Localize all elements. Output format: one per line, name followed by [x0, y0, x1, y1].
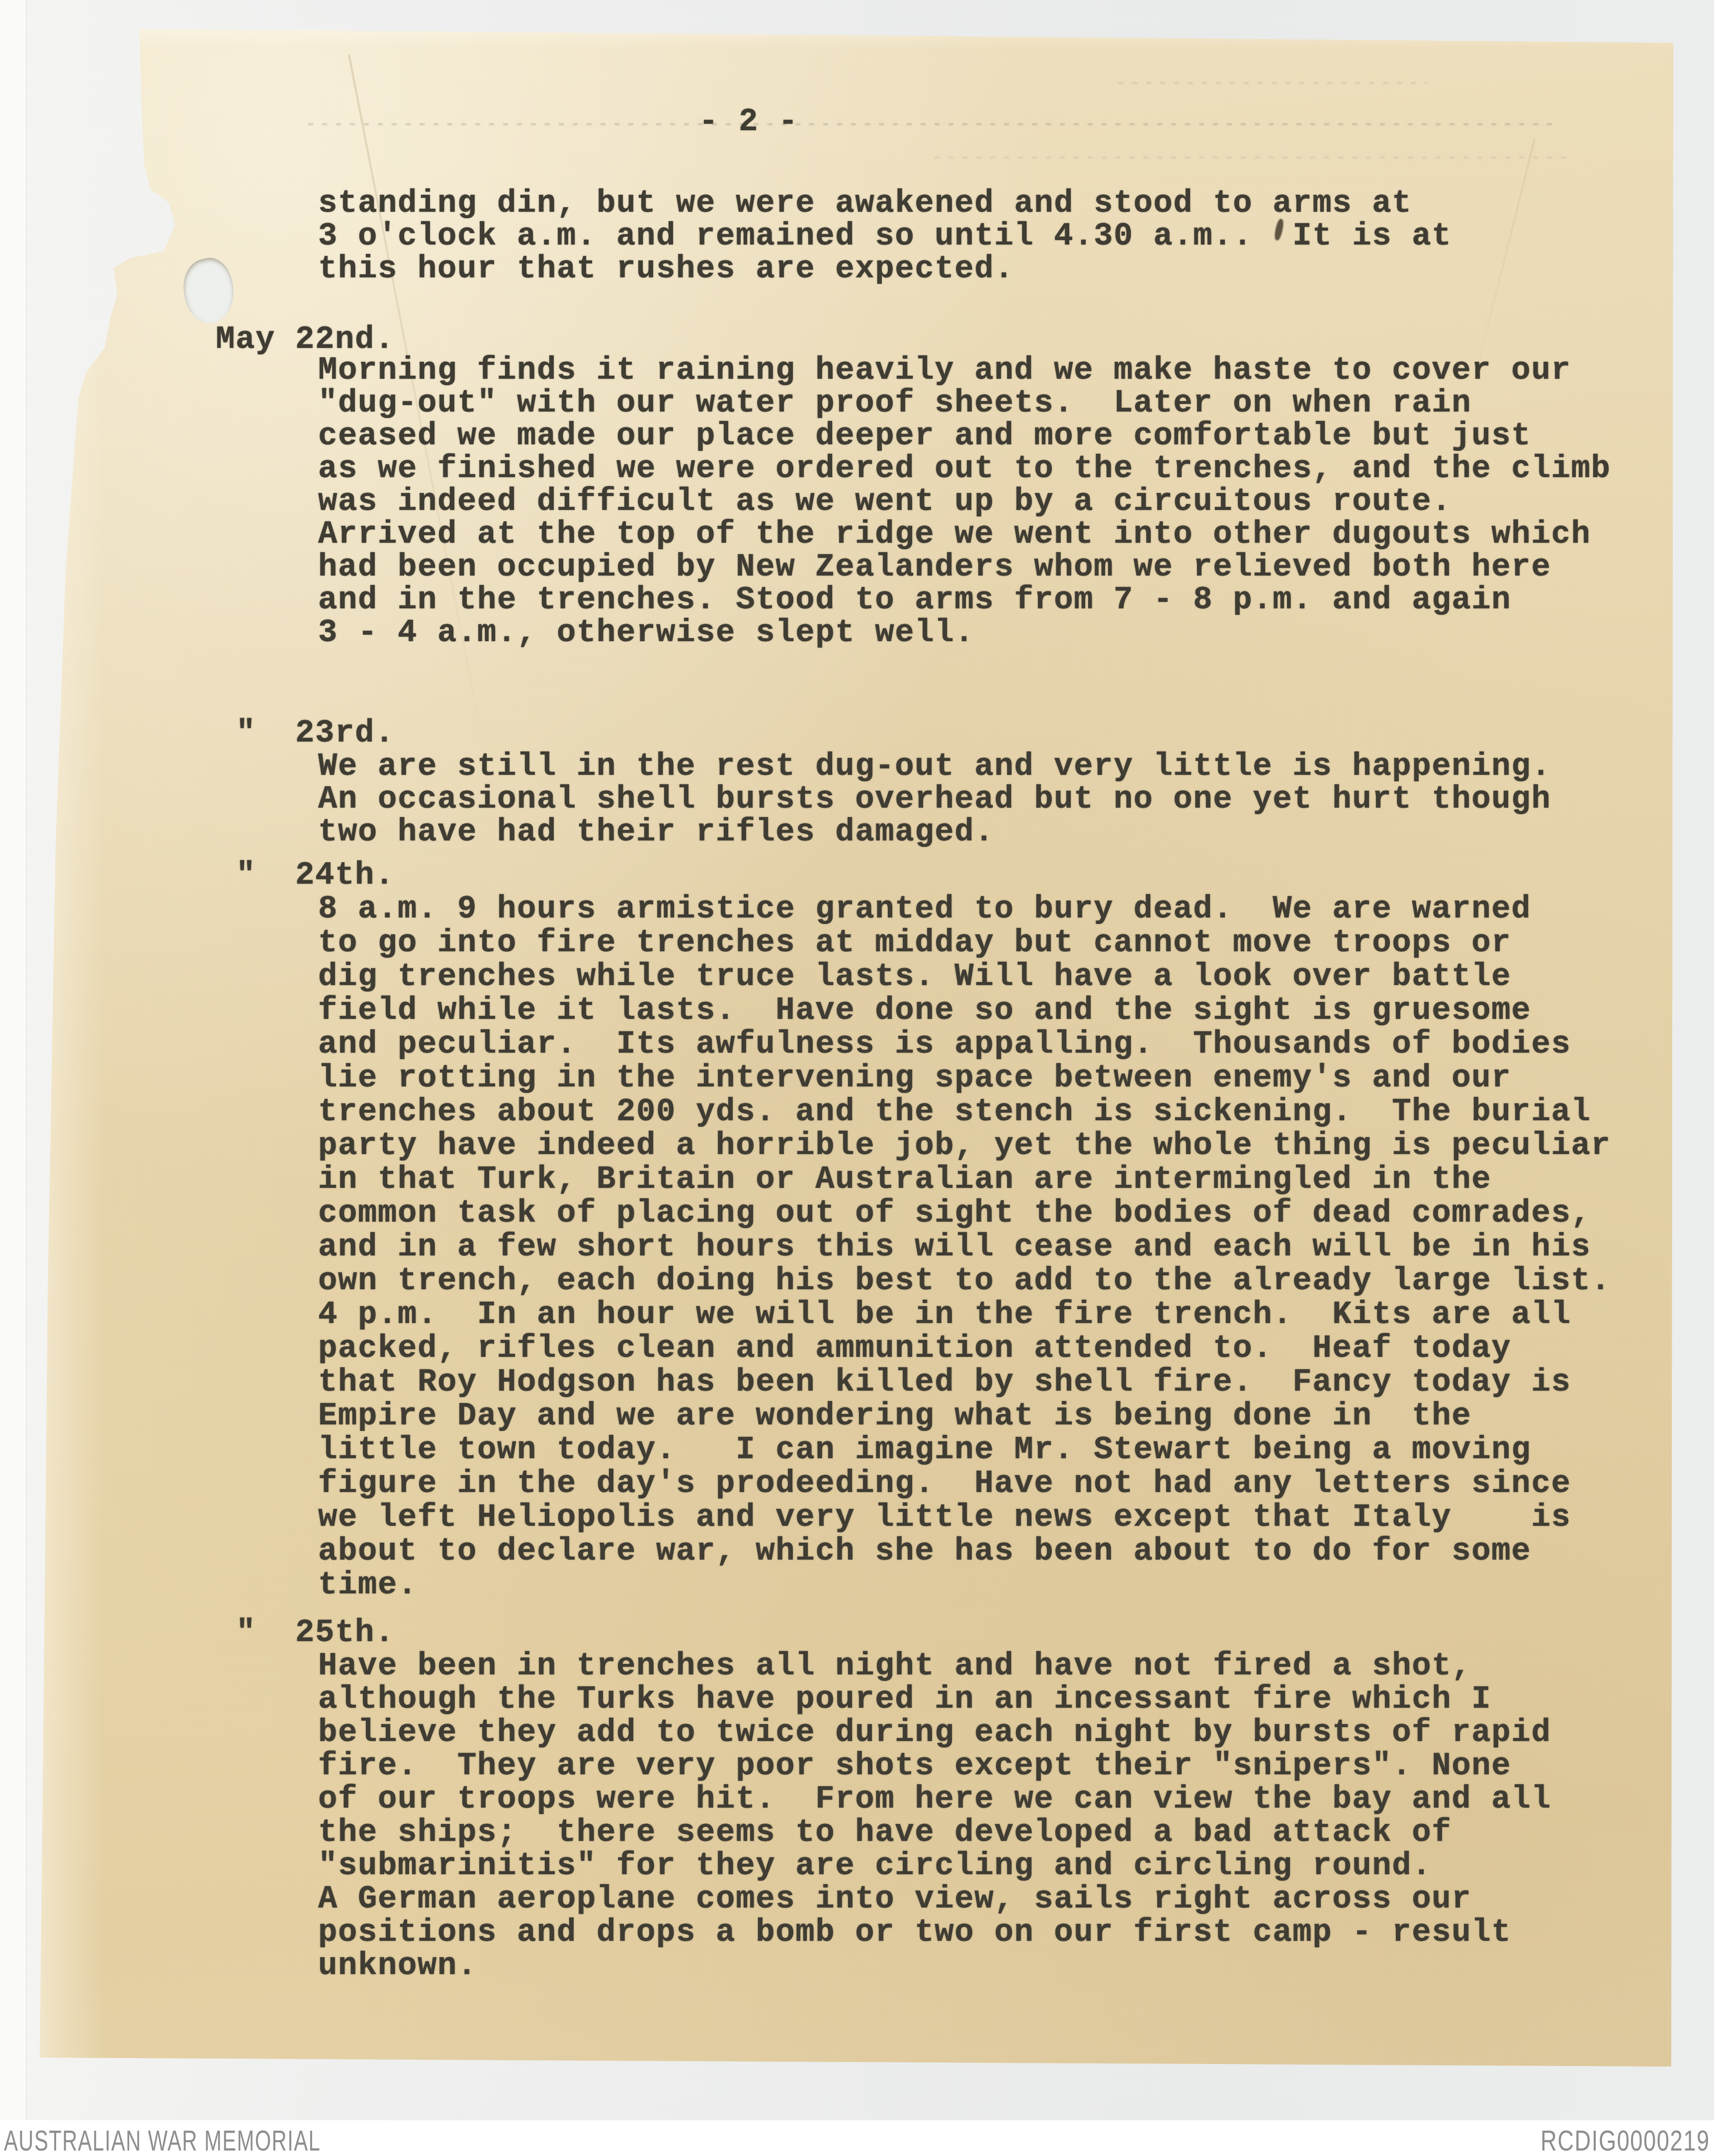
diary-paragraph: We are still in the rest dug-out and ver… — [318, 750, 1551, 849]
typed-line: party have indeed a horrible job, yet th… — [318, 1129, 1611, 1163]
typed-line: Empire Day and we are wondering what is … — [318, 1400, 1611, 1433]
typed-line: about to declare war, which she has been… — [318, 1535, 1611, 1569]
typed-line: of our troops were hit. From here we can… — [318, 1783, 1551, 1817]
typed-line: "submarinitis" for they are circling and… — [318, 1850, 1551, 1883]
typed-line: and peculiar. Its awfulness is appalling… — [318, 1028, 1611, 1062]
diary-paragraph: standing din, but we were awakened and s… — [318, 187, 1452, 286]
ditto-mark: " — [236, 716, 256, 751]
typed-line: common task of placing out of sight the … — [318, 1197, 1611, 1231]
archive-footer-bar: AUSTRALIAN WAR MEMORIAL RCDIG0000219 — [0, 2120, 1714, 2156]
archive-institution-label: AUSTRALIAN WAR MEMORIAL — [4, 2124, 321, 2156]
typed-line: 3 - 4 a.m., otherwise slept well. — [318, 617, 1611, 650]
typed-line: Arrived at the top of the ridge we went … — [318, 518, 1611, 551]
typed-line: fire. They are very poor shots except th… — [318, 1750, 1551, 1783]
typed-line: the ships; there seems to have developed… — [318, 1817, 1551, 1850]
page-number: - 2 - — [699, 104, 798, 140]
date-label: 25th. — [295, 1615, 395, 1651]
typed-line: believe they add to twice during each ni… — [318, 1717, 1551, 1750]
typed-line: dig trenches while truce lasts. Will hav… — [318, 960, 1611, 994]
typed-line: figure in the day's prodeeding. Have not… — [318, 1467, 1611, 1501]
date-label: 23rd. — [295, 716, 395, 751]
entry-date-heading: "24th. — [0, 858, 1714, 891]
typed-line: unknown. — [318, 1950, 1551, 1983]
typed-line: We are still in the rest dug-out and ver… — [318, 750, 1551, 783]
ditto-mark: " — [236, 858, 256, 894]
diary-paragraph: 8 a.m. 9 hours armistice granted to bury… — [318, 893, 1611, 1602]
typed-line: and in a few short hours this will cease… — [318, 1231, 1611, 1264]
ditto-mark: " — [236, 1615, 256, 1651]
typed-line: had been occupied by New Zealanders whom… — [318, 551, 1611, 584]
typed-line: to go into fire trenches at midday but c… — [318, 926, 1611, 960]
typed-line: little town today. I can imagine Mr. Ste… — [318, 1433, 1611, 1467]
date-label: 24th. — [295, 858, 395, 894]
typed-line: time. — [318, 1569, 1611, 1602]
typed-line: although the Turks have poured in an inc… — [318, 1683, 1551, 1717]
typed-line: 4 p.m. In an hour we will be in the fire… — [318, 1298, 1611, 1332]
diary-paragraph: Morning finds it raining heavily and we … — [318, 354, 1611, 650]
typed-line: this hour that rushes are expected. — [318, 253, 1452, 286]
typed-line: An occasional shell bursts overhead but … — [318, 783, 1551, 816]
typed-line: "dug-out" with our water proof sheets. L… — [318, 387, 1611, 420]
typed-line: 8 a.m. 9 hours armistice granted to bury… — [318, 893, 1611, 926]
archive-reference-id: RCDIG0000219 — [1541, 2124, 1710, 2156]
typed-line: as we finished we were ordered out to th… — [318, 453, 1611, 486]
typed-line: Have been in trenches all night and have… — [318, 1650, 1551, 1683]
typed-line: two have had their rifles damaged. — [318, 816, 1551, 849]
typed-line: was indeed difficult as we went up by a … — [318, 486, 1611, 518]
typed-line: standing din, but we were awakened and s… — [318, 187, 1452, 220]
typed-line: own trench, each doing his best to add t… — [318, 1264, 1611, 1298]
typed-line: trenches about 200 yds. and the stench i… — [318, 1095, 1611, 1129]
typed-line: that Roy Hodgson has been killed by shel… — [318, 1366, 1611, 1400]
typed-line: Morning finds it raining heavily and we … — [318, 354, 1611, 387]
typed-line: lie rotting in the intervening space bet… — [318, 1062, 1611, 1095]
diary-paragraph: Have been in trenches all night and have… — [318, 1650, 1551, 1983]
entry-date-heading: "23rd. — [0, 716, 1714, 748]
typed-line: in that Turk, Britain or Australian are … — [318, 1163, 1611, 1197]
typed-line: A German aeroplane comes into view, sail… — [318, 1883, 1551, 1916]
typed-line: ceased we made our place deeper and more… — [318, 420, 1611, 453]
typed-line: packed, rifles clean and ammunition atte… — [318, 1332, 1611, 1366]
typed-line: 3 o'clock a.m. and remained so until 4.3… — [318, 220, 1452, 253]
typed-line: field while it lasts. Have done so and t… — [318, 994, 1611, 1028]
typed-line: and in the trenches. Stood to arms from … — [318, 584, 1611, 617]
typed-text-layer: - 2 - standing din, but we were awakened… — [0, 0, 1714, 2120]
scanned-document-page: - 2 - standing din, but we were awakened… — [0, 0, 1714, 2156]
entry-date-heading: "25th. — [0, 1615, 1714, 1648]
typed-line: we left Heliopolis and very little news … — [318, 1501, 1611, 1535]
entry-date-heading: May 22nd. — [0, 322, 1714, 355]
typed-line: positions and drops a bomb or two on our… — [318, 1916, 1551, 1950]
